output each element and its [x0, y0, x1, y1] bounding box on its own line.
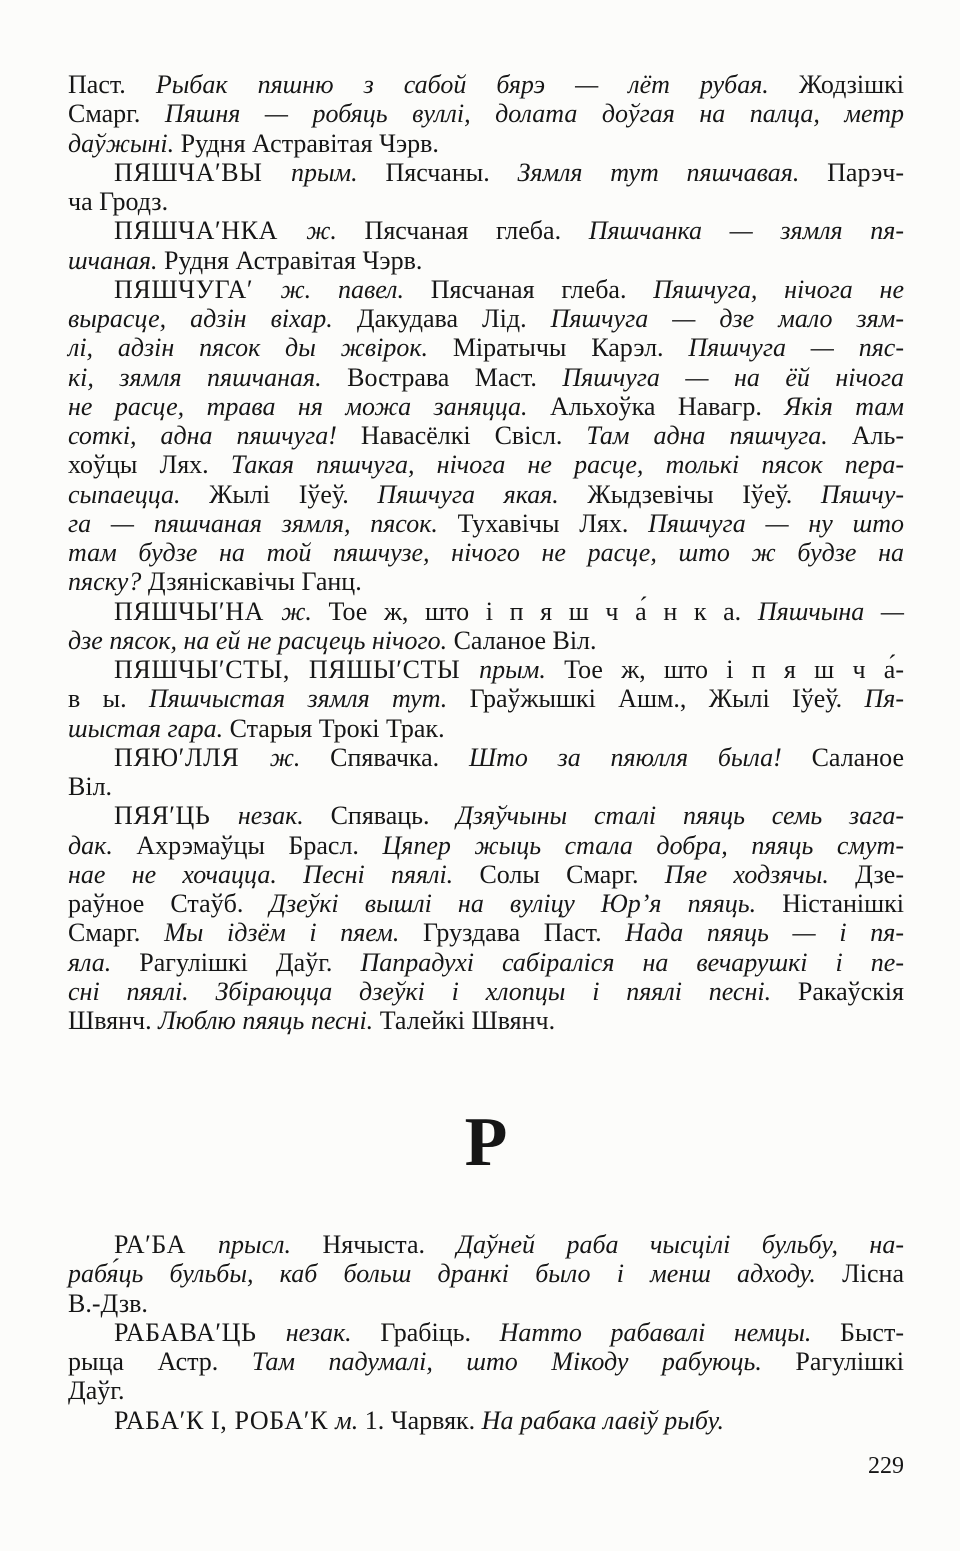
text-line: Паст. Рыбак пяшню з сабой бярэ — лёт руб…	[68, 70, 904, 99]
text-line: раўное Стаўб. Дзеўкі вышлі на вуліцу Юр’…	[68, 889, 904, 918]
body-text: Талейкі Швянч.	[380, 1006, 555, 1035]
text-line: ПЯЮ′ЛЛЯ ж. Спявачка. Што за пяюлля была!…	[68, 743, 904, 772]
example-text: Пяшчуга якая.	[377, 480, 587, 509]
text-line: в ы. Пяшчыстая зямля тут. Граўжышкі Ашм.…	[68, 684, 904, 713]
text-line: ПЯШЧУГА′ ж. павел. Пясчаная глеба. Пяшчу…	[68, 275, 904, 304]
body-text: Старыя Трокі Трак.	[230, 714, 445, 743]
body-text: Саланое Віл.	[454, 626, 597, 655]
example-text: Папрадухі сабіраліся на вечарушкі і пе-	[360, 948, 904, 977]
example-text: соткі, адна пяшчуга!	[68, 421, 361, 450]
example-text: незак.	[286, 1318, 381, 1347]
example-text: прысл.	[218, 1230, 322, 1259]
example-text: ж.	[281, 597, 328, 626]
text-line: кі, зямля пяшчаная. Вострава Маст. Пяшчу…	[68, 363, 904, 392]
body-text: Груздава Паст.	[423, 918, 625, 947]
headword: ПЯШЧА′НКА	[114, 216, 306, 245]
example-text: Пя-	[864, 684, 904, 713]
text-line: даўжыні. Рудня Астравітая Чэрв.	[68, 129, 904, 158]
example-text: Зямля тут пяшчавая.	[518, 158, 828, 187]
text-line: сні пяялі. Збіраюцца дзеўкі і хлопцы і п…	[68, 977, 904, 1006]
headword: ПЯШЧА′ВЫ	[114, 158, 291, 187]
text-line: Швянч. Люблю пяяць песні. Талейкі Швянч.	[68, 1006, 904, 1035]
example-text: Нада пяяць — і пя-	[625, 918, 904, 947]
example-text: Пяшчуга — на ёй нічога	[562, 363, 904, 392]
example-text: Рыбак пяшню з сабой бярэ — лёт рубая.	[156, 70, 799, 99]
example-text: рабя́ць бульбы, каб больш дранкі было і …	[68, 1259, 842, 1288]
example-text: Пяшчыстая зямля тут.	[149, 684, 470, 713]
body-text: Навасёлкі Свісл.	[361, 421, 586, 450]
text-line: РА′БА прысл. Нячыста. Даўней раба чысціл…	[68, 1230, 904, 1259]
example-text: не расце, трава ня можа заняцца.	[68, 392, 550, 421]
body-text: Ракаўскія	[798, 977, 904, 1006]
example-text: Пяе ходзячы.	[665, 860, 855, 889]
example-text: Натто рабавалі немцы.	[500, 1318, 840, 1347]
example-text: На рабака лавіў рыбу.	[482, 1406, 724, 1435]
text-line: соткі, адна пяшчуга! Навасёлкі Свісл. Та…	[68, 421, 904, 450]
example-text: Пяшчуга, нічога не	[653, 275, 904, 304]
text-line: не расце, трава ня можа заняцца. Альхоўк…	[68, 392, 904, 421]
body-text: Жылі Іўеў.	[209, 480, 377, 509]
text-line: га — пяшчаная зямля, пясок. Тухавічы Лях…	[68, 509, 904, 538]
body-text: Вострава Маст.	[347, 363, 562, 392]
text-line: Смарг. Мы ідзём і пяем. Груздава Паст. Н…	[68, 918, 904, 947]
example-text: ж.	[270, 743, 330, 772]
body-text: раўное Стаўб.	[68, 889, 269, 918]
text-line: пяску? Дзяніскавічы Ганц.	[68, 567, 904, 596]
body-text: Тухавічы Лях.	[458, 509, 648, 538]
text-line: Смарг. Пяшня — робяць вуллі, долата доўг…	[68, 99, 904, 128]
body-text: Даўг.	[68, 1376, 125, 1405]
body-text: Саланое	[812, 743, 904, 772]
body-text: Віл.	[68, 772, 112, 801]
text-line: шыстая гара. Старыя Трокі Трак.	[68, 714, 904, 743]
headword: РА′БА	[114, 1230, 218, 1259]
text-line: ПЯШЧЫ′НА ж. Тое ж, што і п я ш ч а́ н к …	[68, 597, 904, 626]
body-text: Лісна	[842, 1259, 904, 1288]
example-text: Пяшчу-	[821, 480, 904, 509]
text-line: Даўг.	[68, 1376, 904, 1405]
text-line: РАБАВА′ЦЬ незак. Грабіць. Натто рабавалі…	[68, 1318, 904, 1347]
example-text: Люблю пяяць песні.	[158, 1006, 380, 1035]
example-text: лі, адзін пясок ды жвірок.	[68, 333, 453, 362]
example-text: прым.	[291, 158, 386, 187]
example-text: Такая пяшчуга, нічога не расце, толькі п…	[231, 450, 904, 479]
body-text: Рудня Астравітая Чэрв.	[164, 246, 422, 275]
body-text: Грабіць.	[380, 1318, 499, 1347]
headword: РАБА′К I, РОБА′К	[114, 1406, 335, 1435]
body-text: 1. Чарвяк.	[365, 1406, 482, 1435]
example-text: прым.	[479, 655, 564, 684]
example-text: ж. павел.	[281, 275, 431, 304]
text-line: вырасце, адзін віхар. Дакудава Лід. Пяшч…	[68, 304, 904, 333]
text-line: нае не хочацца. Песні пяялі. Солы Смарг.…	[68, 860, 904, 889]
example-text: Дзеўкі вышлі на вуліцу Юр’я пяяць.	[269, 889, 782, 918]
example-text: пяску?	[68, 567, 148, 596]
example-text: яла.	[68, 948, 139, 977]
body-text: Паст.	[68, 70, 156, 99]
headword: ПЯШЧУГА′	[114, 275, 281, 304]
body-text: Міратычы Карэл.	[453, 333, 689, 362]
body-text: Тое ж, што і п я ш ч а́ н к а.	[329, 597, 758, 626]
body-text: рыца Астр.	[68, 1347, 252, 1376]
example-text: ж.	[306, 216, 364, 245]
example-text: нае не хочацца. Песні пяялі.	[68, 860, 479, 889]
example-text: Што за пяюлля была!	[469, 743, 812, 772]
text-line: дзе пясок, на ей не расцець нічого. Сала…	[68, 626, 904, 655]
body-text: хоўцы Лях.	[68, 450, 231, 479]
text-line: рыца Астр. Там падумалі, што Мікоду рабу…	[68, 1347, 904, 1376]
example-text: Пяшчуга — дзе мало зям-	[551, 304, 904, 333]
text-line: рабя́ць бульбы, каб больш дранкі было і …	[68, 1259, 904, 1288]
example-text: Там адна пяшчуга.	[586, 421, 851, 450]
body-text: Пясчаная глеба.	[431, 275, 653, 304]
body-text: Жыдзевічы Іўеў.	[587, 480, 821, 509]
body-text: Смарг.	[68, 918, 164, 947]
body-text: Смарг.	[68, 99, 165, 128]
example-text: там будзе на той пяшчузе, нічого не расц…	[68, 538, 904, 567]
body-text: Нячыста.	[322, 1230, 456, 1259]
body-text: Солы Смарг.	[479, 860, 664, 889]
example-text: сні пяялі. Збіраюцца дзеўкі і хлопцы і п…	[68, 977, 798, 1006]
entries-column-bottom: РА′БА прысл. Нячыста. Даўней раба чысціл…	[68, 1230, 904, 1435]
body-text: Жодзішкі	[799, 70, 904, 99]
text-line: хоўцы Лях. Такая пяшчуга, нічога не расц…	[68, 450, 904, 479]
example-text: даўжыні.	[68, 129, 181, 158]
text-line: ча Гродз.	[68, 187, 904, 216]
text-line: ПЯЯ′ЦЬ незак. Спяваць. Дзяўчыны сталі пя…	[68, 801, 904, 830]
example-text: Пяшчына —	[758, 597, 904, 626]
text-line: шчаная. Рудня Астравітая Чэрв.	[68, 246, 904, 275]
example-text: га — пяшчаная зямля, пясок.	[68, 509, 458, 538]
example-text: шчаная.	[68, 246, 164, 275]
example-text: вырасце, адзін віхар.	[68, 304, 357, 333]
body-text: Пясчаная глеба.	[365, 216, 589, 245]
example-text: Там падумалі, што Мікоду рабуюць.	[252, 1347, 796, 1376]
text-line: ПЯШЧА′ВЫ прым. Пясчаны. Зямля тут пяшчав…	[68, 158, 904, 187]
body-text: Швянч.	[68, 1006, 158, 1035]
example-text: Пяшня — робяць вуллі, долата доўгая на п…	[165, 99, 904, 128]
example-text: незак.	[238, 801, 331, 830]
body-text: Быст-	[840, 1318, 904, 1347]
example-text: шыстая гара.	[68, 714, 230, 743]
text-line: Віл.	[68, 772, 904, 801]
body-text: Аль-	[852, 421, 904, 450]
body-text: Рудня Астравітая Чэрв.	[181, 129, 439, 158]
text-line: ПЯШЧА′НКА ж. Пясчаная глеба. Пяшчанка — …	[68, 216, 904, 245]
example-text: Якія там	[784, 392, 904, 421]
body-text: Парэч-	[827, 158, 904, 187]
example-text: Дзяўчыны сталі пяяць семь зага-	[456, 801, 904, 830]
body-text: Ахрэмаўцы Брасл.	[136, 831, 382, 860]
body-text: ча Гродз.	[68, 187, 168, 216]
example-text: Даўней раба чысцілі бульбу, на-	[456, 1230, 904, 1259]
headword: ПЯЯ′ЦЬ	[114, 801, 238, 830]
body-text: Тое ж, што і п я ш ч а́-	[564, 655, 904, 684]
headword: РАБАВА′ЦЬ	[114, 1318, 286, 1347]
example-text: сыпаецца.	[68, 480, 209, 509]
body-text: Дзе-	[855, 860, 904, 889]
body-text: Пясчаны.	[385, 158, 517, 187]
body-text: Граўжышкі Ашм., Жылі Іўеў.	[470, 684, 865, 713]
body-text: в ы.	[68, 684, 149, 713]
body-text: В.-Дзв.	[68, 1289, 148, 1318]
example-text: м.	[335, 1406, 365, 1435]
example-text: Мы ідзём і пяем.	[164, 918, 423, 947]
body-text: Рагулішкі	[795, 1347, 904, 1376]
text-line: там будзе на той пяшчузе, нічого не расц…	[68, 538, 904, 567]
text-line: лі, адзін пясок ды жвірок. Міратычы Карэ…	[68, 333, 904, 362]
headword: ПЯШЧЫ′СТЫ, ПЯШЫ′СТЫ	[114, 655, 479, 684]
example-text: Пяшчанка — зямля пя-	[589, 216, 904, 245]
example-text: Пяшчуга — ну што	[648, 509, 904, 538]
section-letter: Р	[68, 1106, 904, 1180]
body-text: Дзяніскавічы Ганц.	[148, 567, 362, 596]
entries-column-top: Паст. Рыбак пяшню з сабой бярэ — лёт руб…	[68, 70, 904, 1035]
example-text: кі, зямля пяшчаная.	[68, 363, 347, 392]
text-line: яла. Рагулішкі Даўг. Папрадухі сабіраліс…	[68, 948, 904, 977]
example-text: Цяпер жыць стала добра, пяяць смут-	[382, 831, 904, 860]
body-text: Спяваць.	[331, 801, 457, 830]
headword: ПЯЮ′ЛЛЯ	[114, 743, 270, 772]
example-text: дак.	[68, 831, 136, 860]
example-text: дзе пясок, на ей не расцець нічого.	[68, 626, 454, 655]
text-line: ПЯШЧЫ′СТЫ, ПЯШЫ′СТЫ прым. Тое ж, што і п…	[68, 655, 904, 684]
text-line: В.-Дзв.	[68, 1289, 904, 1318]
text-line: дак. Ахрэмаўцы Брасл. Цяпер жыць стала д…	[68, 831, 904, 860]
text-line: РАБА′К I, РОБА′К м. 1. Чарвяк. На рабака…	[68, 1406, 904, 1435]
example-text: Пяшчуга — пяс-	[688, 333, 904, 362]
headword: ПЯШЧЫ′НА	[114, 597, 281, 626]
body-text: Ністанішкі	[782, 889, 904, 918]
body-text: Дакудава Лід.	[357, 304, 551, 333]
page-number: 229	[68, 1452, 904, 1480]
body-text: Альхоўка Навагр.	[550, 392, 784, 421]
dictionary-page: Паст. Рыбак пяшню з сабой бярэ — лёт руб…	[0, 0, 960, 1551]
text-line: сыпаецца. Жылі Іўеў. Пяшчуга якая. Жыдзе…	[68, 480, 904, 509]
body-text: Спявачка.	[330, 743, 469, 772]
body-text: Рагулішкі Даўг.	[139, 948, 360, 977]
